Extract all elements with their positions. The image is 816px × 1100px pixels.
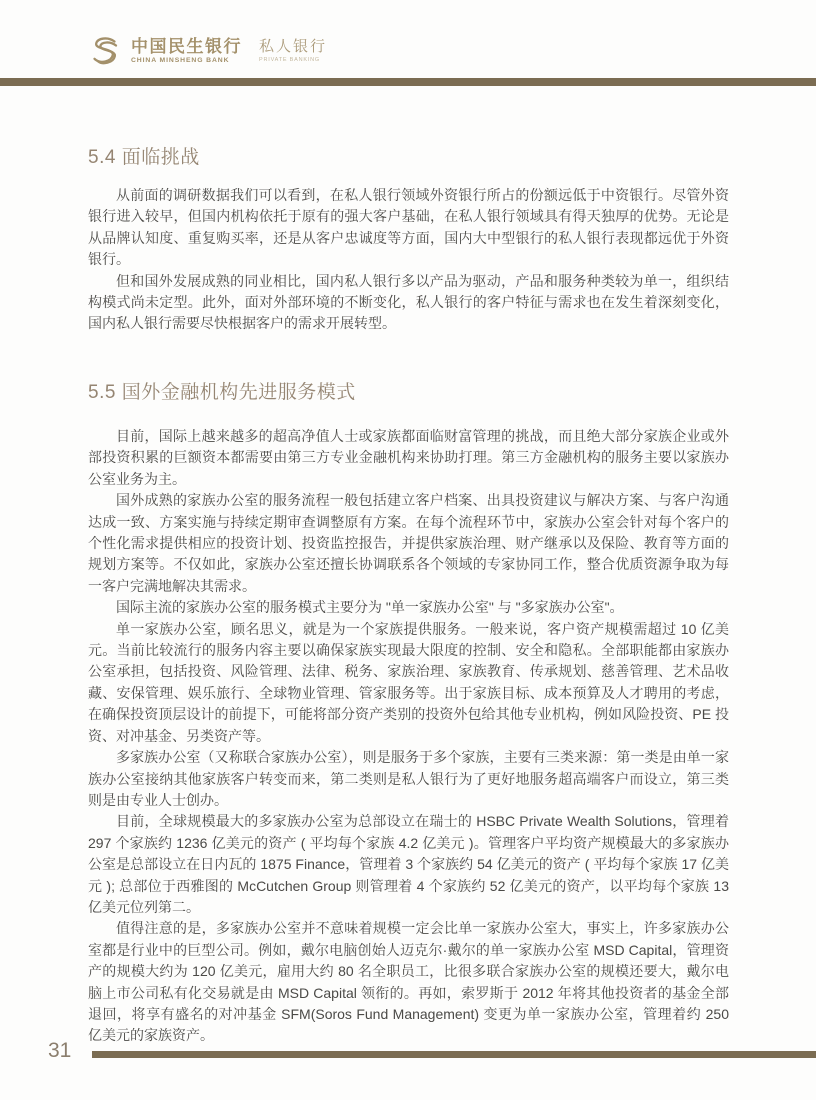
section-heading-5-5: 5.5 国外金融机构先进服务模式 [88,381,738,405]
paragraph: 值得注意的是，多家族办公室并不意味着规模一定会比单一家族办公室大，事实上，许多家… [88,918,729,1046]
paragraph: 目前，全球规模最大的多家族办公室为总部设立在瑞士的 HSBC Private W… [88,811,729,918]
private-banking-en: PRIVATE BANKING [259,58,327,64]
private-banking-cn: 私人银行 [259,39,327,54]
section-body-5-4: 从前面的调研数据我们可以看到，在私人银行领域外资银行所占的份额远低于中资银行。尽… [88,185,729,335]
paragraph: 从前面的调研数据我们可以看到，在私人银行领域外资银行所占的份额远低于中资银行。尽… [88,185,729,271]
document-page: 中国民生银行 CHINA MINSHENG BANK 私人银行 PRIVATE … [0,0,816,1100]
section-body-5-5: 目前，国际上越来越多的超高净值人士或家族都面临财富管理的挑战，而且绝大部分家族企… [88,426,729,1047]
bank-name-en: CHINA MINSHENG BANK [131,58,242,65]
paragraph: 多家族办公室（又称联合家族办公室），则是服务于多个家族，主要有三类来源：第一类是… [88,747,729,811]
paragraph: 单一家族办公室，顾名思义，就是为一个家族提供服务。一般来说，客户资产规模需超过 … [88,619,729,747]
minsheng-s-mark-icon [88,34,122,68]
footer-rule-bar [92,1051,816,1058]
section-heading-5-4: 5.4 面临挑战 [88,146,738,170]
bank-name-block: 中国民生银行 CHINA MINSHENG BANK [131,38,242,65]
page-number: 31 [48,1040,71,1061]
header-rule-bar [0,78,816,86]
private-banking-block: 私人银行 PRIVATE BANKING [259,39,327,64]
paragraph: 但和国外发展成熟的同业相比，国内私人银行多以产品为驱动，产品和服务种类较为单一，… [88,271,729,335]
paragraph: 目前，国际上越来越多的超高净值人士或家族都面临财富管理的挑战，而且绝大部分家族企… [88,426,729,490]
bank-name-cn: 中国民生银行 [131,38,242,55]
bank-logo: 中国民生银行 CHINA MINSHENG BANK 私人银行 PRIVATE … [88,34,327,68]
paragraph: 国外成熟的家族办公室的服务流程一般包括建立客户档案、出具投资建议与解决方案、与客… [88,490,729,597]
paragraph: 国际主流的家族办公室的服务模式主要分为 "单一家族办公室" 与 "多家族办公室"… [88,597,729,618]
